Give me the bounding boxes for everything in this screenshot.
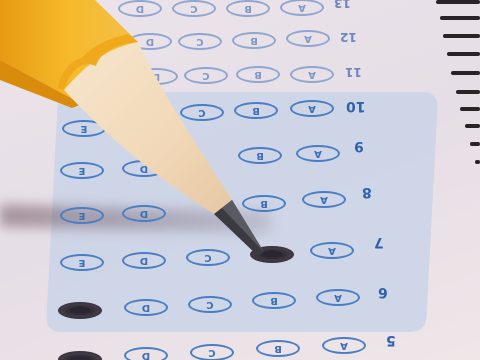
timing-mark bbox=[443, 34, 480, 38]
bubble-13-a[interactable]: A bbox=[280, 0, 324, 16]
bubble-8-b[interactable]: B bbox=[242, 195, 286, 212]
bubble-7-a[interactable]: A bbox=[310, 242, 354, 259]
timing-mark bbox=[475, 160, 480, 164]
bubble-13-c[interactable]: C bbox=[172, 0, 216, 17]
bubble-5-d[interactable]: D bbox=[124, 347, 168, 360]
bubble-6-a[interactable]: A bbox=[316, 289, 360, 306]
bubble-11-c[interactable]: C bbox=[184, 67, 228, 84]
bubble-10-c[interactable]: C bbox=[180, 104, 224, 121]
bubble-10-a[interactable]: A bbox=[290, 100, 334, 117]
bubble-9-d[interactable]: D bbox=[122, 160, 166, 177]
bubble-8-d[interactable]: D bbox=[122, 205, 166, 222]
timing-mark bbox=[456, 90, 480, 94]
bubble-12-b[interactable]: B bbox=[232, 32, 276, 49]
bubble-6-c[interactable]: C bbox=[188, 296, 232, 313]
bubble-7-b-filled[interactable]: B bbox=[250, 246, 294, 263]
timing-mark bbox=[447, 52, 480, 56]
timing-mark bbox=[436, 0, 480, 4]
row-number: 7 bbox=[374, 234, 384, 250]
answer-sheet-photo: D C B A 13 D C B A 12 D C B A 11 E C B A… bbox=[0, 0, 480, 360]
timing-mark bbox=[470, 142, 480, 146]
bubble-12-d[interactable]: D bbox=[128, 33, 172, 50]
row-number: 5 bbox=[386, 332, 396, 348]
bubble-8-a[interactable]: A bbox=[302, 191, 346, 208]
bubble-11-d[interactable]: D bbox=[134, 68, 178, 85]
bubble-9-a[interactable]: A bbox=[296, 145, 340, 162]
row-number: 9 bbox=[354, 138, 364, 154]
bubble-11-b[interactable]: B bbox=[236, 66, 280, 83]
row-number: 13 bbox=[334, 0, 351, 10]
bubble-13-d[interactable]: D bbox=[118, 0, 162, 17]
timing-mark bbox=[451, 71, 480, 75]
row-number: 6 bbox=[378, 284, 388, 300]
bubble-9-e[interactable]: E bbox=[60, 162, 104, 179]
bubble-13-b[interactable]: B bbox=[226, 0, 270, 17]
bubble-10-b[interactable]: B bbox=[234, 102, 278, 119]
bubble-5-a[interactable]: A bbox=[322, 337, 366, 354]
bubble-7-c[interactable]: C bbox=[186, 249, 230, 266]
bubble-6-d[interactable]: D bbox=[124, 299, 168, 316]
bubble-12-c[interactable]: C bbox=[178, 33, 222, 50]
bubble-7-e[interactable]: E bbox=[60, 254, 104, 271]
timing-mark bbox=[460, 107, 480, 111]
bubble-7-d[interactable]: D bbox=[122, 252, 166, 269]
row-number: 8 bbox=[362, 184, 372, 200]
timing-mark bbox=[465, 124, 480, 128]
bubble-6-e-filled[interactable]: E bbox=[58, 302, 102, 319]
bubble-5-c[interactable]: C bbox=[190, 344, 234, 360]
bubble-5-e-filled[interactable]: E bbox=[58, 351, 102, 360]
bubble-5-b[interactable]: B bbox=[256, 340, 300, 357]
bubble-11-a[interactable]: A bbox=[290, 66, 334, 83]
row-number: 11 bbox=[345, 65, 362, 79]
row-number: 12 bbox=[340, 30, 357, 44]
bubble-12-a[interactable]: A bbox=[286, 30, 330, 47]
bubble-8-e[interactable]: E bbox=[60, 207, 104, 224]
timing-mark bbox=[440, 16, 480, 20]
bubble-9-b[interactable]: B bbox=[238, 147, 282, 164]
bubble-6-b[interactable]: B bbox=[252, 292, 296, 309]
row-number: 10 bbox=[346, 98, 365, 114]
bubble-10-e[interactable]: E bbox=[62, 120, 106, 137]
